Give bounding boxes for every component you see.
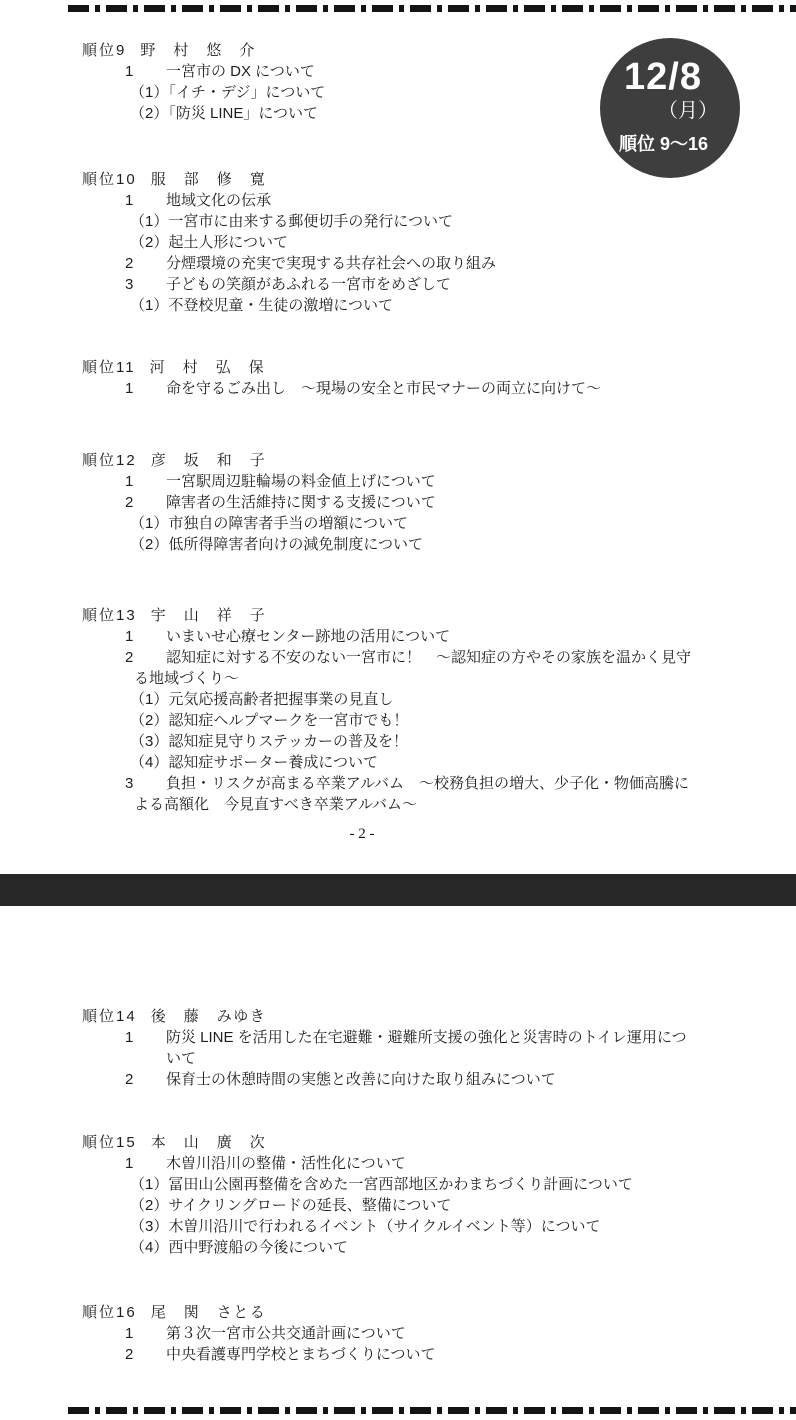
section-header: 順位12彦 坂 和 子	[0, 450, 796, 471]
agenda-line: 1いまいせ心療センター跡地の活用について	[0, 626, 796, 647]
agenda-line: （1）一宮市に由来する郵便切手の発行について	[0, 211, 796, 232]
item-text: いまいせ心療センター跡地の活用について	[166, 628, 450, 645]
item-text: 木曽川沿川の整備・活性化について	[166, 1155, 406, 1172]
section-header: 順位9野 村 悠 介	[0, 40, 796, 61]
agenda-line: （4）西中野渡船の今後について	[0, 1237, 796, 1258]
agenda-line: 1第３次一宮市公共交通計画について	[0, 1323, 796, 1344]
item-number: 2	[125, 1069, 166, 1090]
agenda-section-9: 順位9野 村 悠 介1一宮市の DX について（1）「イチ・デジ」について（2）…	[0, 40, 796, 124]
agenda-line: 1防災 LINE を活用した在宅避難・避難所支援の強化と災害時のトイレ運用につ	[0, 1027, 796, 1048]
item-text: 負担・リスクが高まる卒業アルバム ～校務負担の増大、少子化・物価高騰に	[166, 775, 689, 792]
speaker-name: 後 藤 みゆき	[151, 1008, 267, 1025]
rank-label: 順位10	[82, 171, 137, 188]
item-number: 1	[125, 626, 166, 647]
speaker-name: 宇 山 祥 子	[151, 607, 267, 624]
item-number: 1	[125, 1323, 166, 1344]
agenda-line: 2保育士の休憩時間の実態と改善に向けた取り組みについて	[0, 1069, 796, 1090]
item-number: 1	[125, 190, 166, 211]
section-header: 順位13宇 山 祥 子	[0, 605, 796, 626]
page-number: - 2 -	[0, 826, 724, 843]
rank-label: 順位13	[82, 607, 137, 624]
agenda-line: 2中央看護専門学校とまちづくりについて	[0, 1344, 796, 1365]
speaker-name: 彦 坂 和 子	[151, 452, 267, 469]
agenda-line: （2）認知症ヘルプマークを一宮市でも！	[0, 710, 796, 731]
agenda-line: （1）「イチ・デジ」について	[0, 82, 796, 103]
top-dash-dot-rule	[68, 5, 796, 12]
rank-label: 順位9	[82, 42, 126, 59]
item-text: 子どもの笑顔があふれる一宮市をめざして	[166, 276, 451, 293]
item-number: 3	[125, 274, 166, 295]
agenda-line: 3子どもの笑顔があふれる一宮市をめざして	[0, 274, 796, 295]
agenda-line: （1）冨田山公園再整備を含めた一宮西部地区かわまちづくり計画について	[0, 1174, 796, 1195]
speaker-name: 野 村 悠 介	[140, 42, 256, 59]
section-header: 順位16尾 関 さとる	[0, 1302, 796, 1323]
item-number: 2	[125, 492, 166, 513]
rank-label: 順位11	[82, 359, 136, 376]
item-number: 1	[125, 1027, 166, 1048]
item-text: 認知症に対する不安のない一宮市に！ ～認知症の方やその家族を温かく見守	[166, 649, 691, 666]
item-text: 障害者の生活維持に関する支援について	[166, 494, 436, 511]
agenda-line: 1木曽川沿川の整備・活性化について	[0, 1153, 796, 1174]
item-text: 一宮市の DX について	[166, 63, 315, 80]
speaker-name: 服 部 修 寛	[151, 171, 267, 188]
item-text: 命を守るごみ出し ～現場の安全と市民マナーの両立に向けて～	[166, 380, 601, 397]
agenda-section-10: 順位10服 部 修 寛1地域文化の伝承（1）一宮市に由来する郵便切手の発行につい…	[0, 169, 796, 316]
item-text: 地域文化の伝承	[166, 192, 271, 209]
item-number: 1	[125, 61, 166, 82]
speaker-name: 河 村 弘 保	[150, 359, 266, 376]
agenda-line: 2認知症に対する不安のない一宮市に！ ～認知症の方やその家族を温かく見守	[0, 647, 796, 668]
item-number: 1	[125, 1153, 166, 1174]
agenda-line: （1）元気応援高齢者把握事業の見直し	[0, 689, 796, 710]
section-header: 順位10服 部 修 寛	[0, 169, 796, 190]
agenda-line: 1一宮市の DX について	[0, 61, 796, 82]
section-header: 順位11河 村 弘 保	[0, 357, 796, 378]
item-number: 1	[125, 471, 166, 492]
agenda-line: （2）「防災 LINE」について	[0, 103, 796, 124]
bottom-dash-dot-rule	[68, 1407, 796, 1414]
item-number: 2	[125, 1344, 166, 1365]
agenda-line: る地域づくり～	[0, 668, 796, 689]
section-header: 順位15本 山 廣 次	[0, 1132, 796, 1153]
item-number: 2	[125, 647, 166, 668]
agenda-section-15: 順位15本 山 廣 次1木曽川沿川の整備・活性化について（1）冨田山公園再整備を…	[0, 1132, 796, 1258]
item-text: 保育士の休憩時間の実態と改善に向けた取り組みについて	[166, 1071, 556, 1088]
agenda-line: いて	[0, 1048, 796, 1069]
item-text: 分煙環境の充実で実現する共存社会への取り組み	[166, 255, 496, 272]
agenda-section-14: 順位14後 藤 みゆき1防災 LINE を活用した在宅避難・避難所支援の強化と災…	[0, 1006, 796, 1090]
agenda-line: 2分煙環境の充実で実現する共存社会への取り組み	[0, 253, 796, 274]
agenda-line: （2）起土人形について	[0, 232, 796, 253]
item-text: 防災 LINE を活用した在宅避難・避難所支援の強化と災害時のトイレ運用につ	[166, 1029, 687, 1046]
item-text: 一宮駅周辺駐輪場の料金値上げについて	[166, 473, 436, 490]
item-text: 中央看護専門学校とまちづくりについて	[166, 1346, 436, 1363]
item-text: 第３次一宮市公共交通計画について	[166, 1325, 406, 1342]
agenda-section-16: 順位16尾 関 さとる1第３次一宮市公共交通計画について2中央看護専門学校とまち…	[0, 1302, 796, 1365]
item-number: 3	[125, 773, 166, 794]
agenda-line: 1地域文化の伝承	[0, 190, 796, 211]
rank-label: 順位15	[82, 1134, 137, 1151]
agenda-line: （3）認知症見守りステッカーの普及を！	[0, 731, 796, 752]
agenda-section-13: 順位13宇 山 祥 子1いまいせ心療センター跡地の活用について2認知症に対する不…	[0, 605, 796, 815]
agenda-section-11: 順位11河 村 弘 保1命を守るごみ出し ～現場の安全と市民マナーの両立に向けて…	[0, 357, 796, 399]
page-gap-separator	[0, 874, 796, 906]
agenda-line: （2）低所得障害者向けの減免制度について	[0, 534, 796, 555]
agenda-line: 3負担・リスクが高まる卒業アルバム ～校務負担の増大、少子化・物価高騰に	[0, 773, 796, 794]
rank-label: 順位14	[82, 1008, 137, 1025]
speaker-name: 尾 関 さとる	[151, 1304, 267, 1321]
item-number: 2	[125, 253, 166, 274]
agenda-line: 2障害者の生活維持に関する支援について	[0, 492, 796, 513]
rank-label: 順位12	[82, 452, 137, 469]
agenda-line: （4）認知症サポーター養成について	[0, 752, 796, 773]
agenda-line: （3）木曽川沿川で行われるイベント（サイクルイベント等）について	[0, 1216, 796, 1237]
agenda-line: （1）不登校児童・生徒の激増について	[0, 295, 796, 316]
rank-label: 順位16	[82, 1304, 137, 1321]
item-number: 1	[125, 378, 166, 399]
speaker-name: 本 山 廣 次	[151, 1134, 267, 1151]
document-page: 12/8 （月） 順位 9～16 順位9野 村 悠 介1一宮市の DX について…	[0, 0, 796, 1420]
agenda-line: 1命を守るごみ出し ～現場の安全と市民マナーの両立に向けて～	[0, 378, 796, 399]
agenda-line: よる高額化 今見直すべき卒業アルバム～	[0, 794, 796, 815]
agenda-section-12: 順位12彦 坂 和 子1一宮駅周辺駐輪場の料金値上げについて2障害者の生活維持に…	[0, 450, 796, 555]
badge-rank-range: 順位 9～16	[619, 130, 708, 156]
agenda-line: （2）サイクリングロードの延長、整備について	[0, 1195, 796, 1216]
section-header: 順位14後 藤 みゆき	[0, 1006, 796, 1027]
agenda-line: （1）市独自の障害者手当の増額について	[0, 513, 796, 534]
agenda-line: 1一宮駅周辺駐輪場の料金値上げについて	[0, 471, 796, 492]
